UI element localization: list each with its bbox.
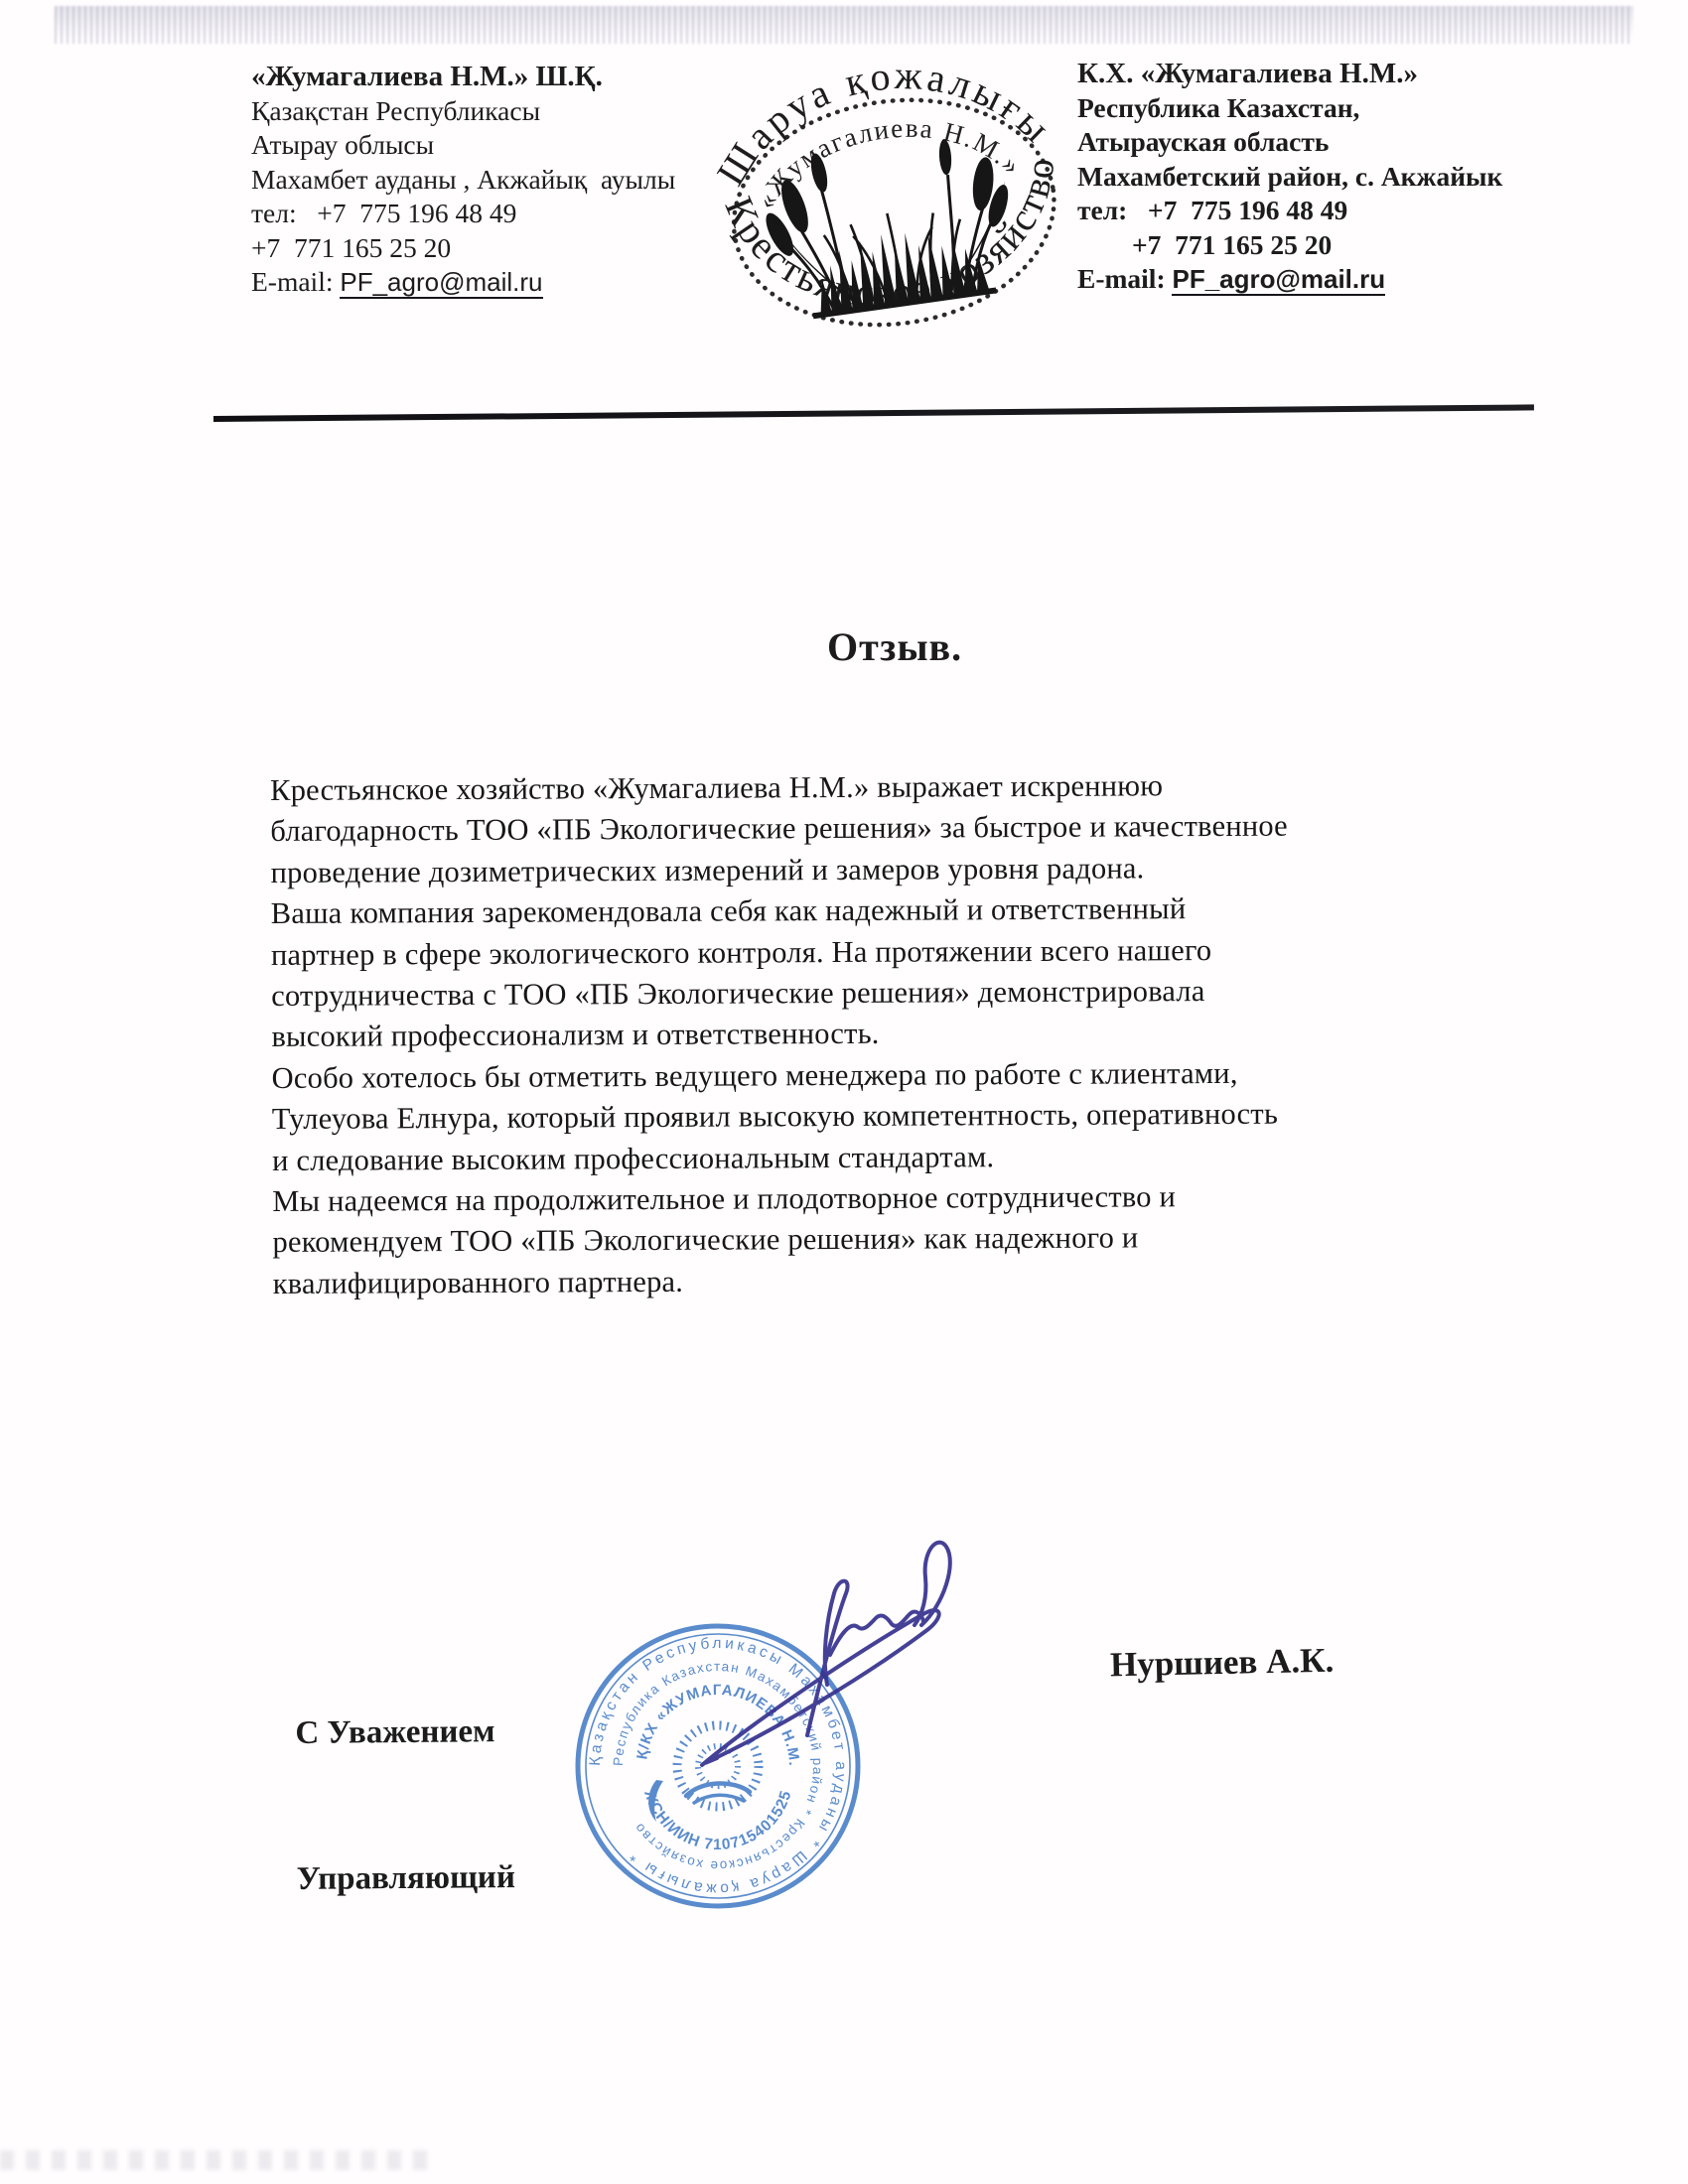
body-line: Тулеуова Елнура, который проявил высокую… — [272, 1093, 1523, 1141]
header-left-line: Махамбет ауданы , Акжайық ауылы — [251, 163, 675, 198]
body-line: квалифицированного партнера. — [273, 1257, 1524, 1304]
body-line: Крестьянское хозяйство «Жумагалиева Н.М.… — [270, 763, 1521, 811]
scan-noise-top — [55, 6, 1633, 44]
header-left-line: Қазақстан Республикасы — [251, 94, 675, 129]
company-name-kk: «Жумагалиева Н.М.» Ш.Қ. — [251, 60, 675, 94]
letter-body: Крестьянское хозяйство «Жумагалиева Н.М.… — [270, 763, 1524, 1304]
header-left-block: «Жумагалиева Н.М.» Ш.Қ. Қазақстан Респуб… — [251, 60, 675, 300]
signoff-position: Управляющий — [296, 1853, 515, 1904]
email-address: PF_agro@mail.ru — [1172, 264, 1385, 296]
email-row-right: E-mail: PF_agro@mail.ru — [1077, 262, 1502, 297]
body-line: рекомендуем ТОО «ПБ Экологические решени… — [272, 1216, 1523, 1264]
body-line: Ваша компания зарекомендовала себя как н… — [271, 887, 1522, 935]
signer-name: Нуршиев А.К. — [1110, 1641, 1335, 1686]
email-address: PF_agro@mail.ru — [340, 267, 542, 299]
header-right-line: Республика Казахстан, — [1077, 91, 1502, 126]
scan-noise-bottom — [0, 2150, 427, 2170]
email-row-left: E-mail: PF_agro@mail.ru — [251, 265, 675, 300]
body-line: благодарность ТОО «ПБ Экологические реше… — [270, 805, 1521, 853]
signoff-respect: С Уважением — [295, 1707, 514, 1758]
body-line: и следование высоким профессиональным ст… — [272, 1134, 1523, 1181]
divider-rule — [213, 404, 1534, 422]
company-name-ru: К.Х. «Жумагалиева Н.М.» — [1077, 57, 1502, 91]
body-line: Мы надеемся на продолжительное и плодотв… — [272, 1174, 1523, 1222]
header-right-line: Махамбетский район, с. Акжайык — [1077, 160, 1502, 195]
body-line: сотрудничества с ТОО «ПБ Экологические р… — [271, 969, 1522, 1017]
letter-title: Отзыв. — [827, 623, 962, 670]
header-left-lines: Қазақстан РеспубликасыАтырау облысыМахам… — [251, 94, 675, 266]
header-left-line: Атырау облысы — [251, 128, 675, 163]
email-label: E-mail: — [251, 266, 340, 297]
farm-logo: Шаруа қожалығы «Жумагалиева Н.М.» Кресть… — [690, 42, 1097, 374]
body-line: Особо хотелось бы отметить ведущего мене… — [272, 1051, 1523, 1099]
header-left-line: +7 771 165 25 20 — [251, 231, 675, 266]
header-right-line: +7 771 165 25 20 — [1077, 228, 1502, 263]
letter-page: «Жумагалиева Н.М.» Ш.Қ. Қазақстан Респуб… — [0, 0, 1688, 2184]
header-right-block: К.Х. «Жумагалиева Н.М.» Республика Казах… — [1077, 57, 1502, 297]
header-left-line: тел: +7 775 196 48 49 — [251, 197, 675, 231]
body-line: партнер в сфере экологического контроля.… — [271, 928, 1522, 976]
body-line: проведение дозиметрических измерений и з… — [270, 846, 1521, 893]
signature — [626, 1494, 1003, 1812]
body-line: высокий профессионализм и ответственност… — [271, 1011, 1522, 1058]
header-right-line: Атырауская область — [1077, 125, 1502, 160]
signoff-block: С Уважением Управляющий — [294, 1610, 516, 2001]
header-right-line: тел: +7 775 196 48 49 — [1077, 194, 1502, 228]
header-right-lines: Республика Казахстан,Атырауская областьМ… — [1077, 91, 1502, 263]
